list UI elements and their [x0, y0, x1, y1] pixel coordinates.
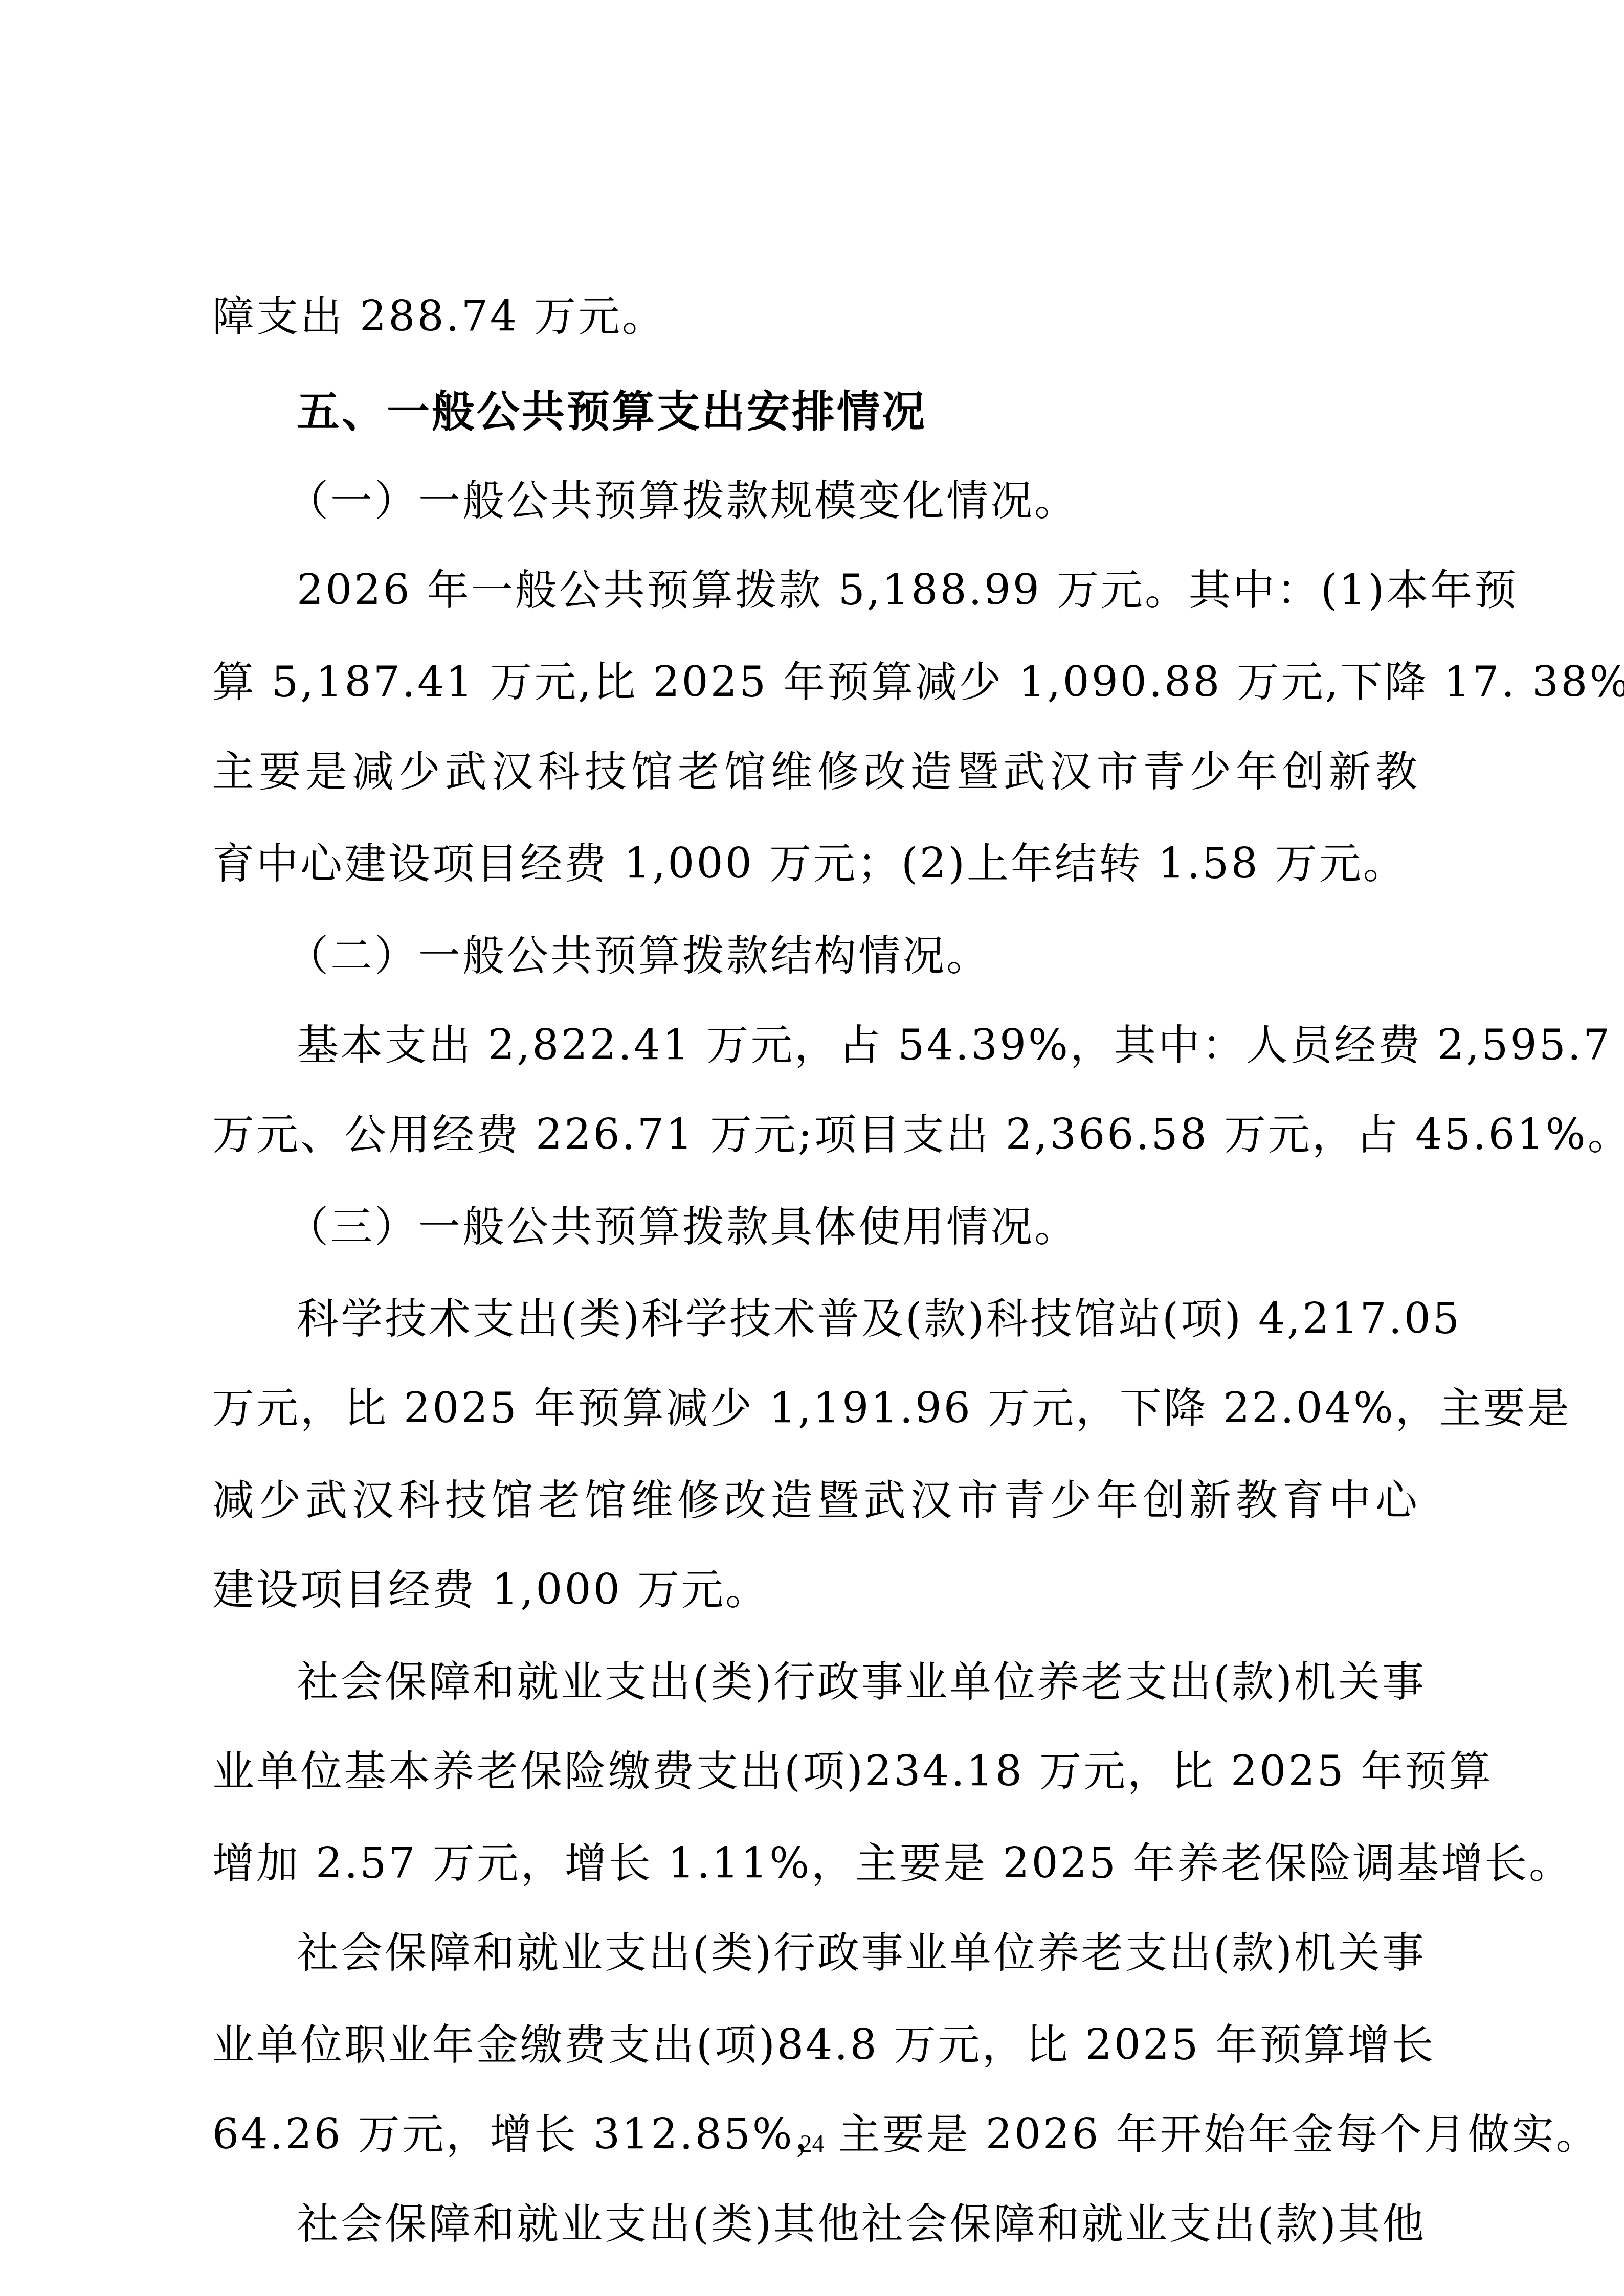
paragraph-line: 社会保障和就业支出(类)其他社会保障和就业支出(款)其他 [297, 2199, 1504, 2250]
sub-heading: （一）一般公共预算拨款规模变化情况。 [286, 476, 1494, 527]
paragraph-line: 科学技术支出(类)科学技术普及(款)科技馆站(项) 4,217.05 [297, 1294, 1504, 1345]
paragraph-line: 万元，比 2025 年预算减少 1,191.96 万元，下降 22.04%，主要… [212, 1383, 1419, 1434]
paragraph-line: 主要是减少武汉科技馆老馆维修改造暨武汉市青少年创新教 [212, 747, 1419, 798]
paragraph-line: 万元、公用经费 226.71 万元;项目支出 2,366.58 万元，占 45.… [212, 1110, 1419, 1161]
section-heading: 五、一般公共预算支出安排情况 [297, 386, 1504, 437]
paragraph-line: 业单位职业年金缴费支出(项)84.8 万元，比 2025 年预算增长 [212, 2020, 1419, 2071]
page-number: 24 [0, 2130, 1624, 2158]
sub-heading: （三）一般公共预算拨款具体使用情况。 [286, 1202, 1494, 1253]
paragraph-line: 算 5,187.41 万元,比 2025 年预算减少 1,090.88 万元,下… [212, 657, 1419, 708]
body-text-line: 障支出 288.74 万元。 [212, 291, 1419, 343]
paragraph-line: 育中心建设项目经费 1,000 万元；(2)上年结转 1.58 万元。 [212, 839, 1419, 890]
paragraph-line: 社会保障和就业支出(类)行政事业单位养老支出(款)机关事 [297, 1657, 1504, 1708]
sub-heading: （二）一般公共预算拨款结构情况。 [286, 931, 1494, 982]
paragraph-line: 业单位基本养老保险缴费支出(项)234.18 万元，比 2025 年预算 [212, 1746, 1419, 1797]
paragraph-line: 2026 年一般公共预算拨款 5,188.99 万元。其中：(1)本年预 [297, 565, 1504, 616]
document-page: 障支出 288.74 万元。 五、一般公共预算支出安排情况 （一）一般公共预算拨… [0, 0, 1624, 2296]
paragraph-line: 基本支出 2,822.41 万元，占 54.39%，其中：人员经费 2,595.… [297, 1020, 1504, 1071]
paragraph-line: 社会保障和就业支出(类)行政事业单位养老支出(款)机关事 [297, 1928, 1504, 1979]
paragraph-line: 建设项目经费 1,000 万元。 [212, 1565, 1419, 1616]
paragraph-line: 减少武汉科技馆老馆维修改造暨武汉市青少年创新教育中心 [212, 1475, 1419, 1526]
paragraph-line: 增加 2.57 万元，增长 1.11%，主要是 2025 年养老保险调基增长。 [212, 1838, 1419, 1889]
